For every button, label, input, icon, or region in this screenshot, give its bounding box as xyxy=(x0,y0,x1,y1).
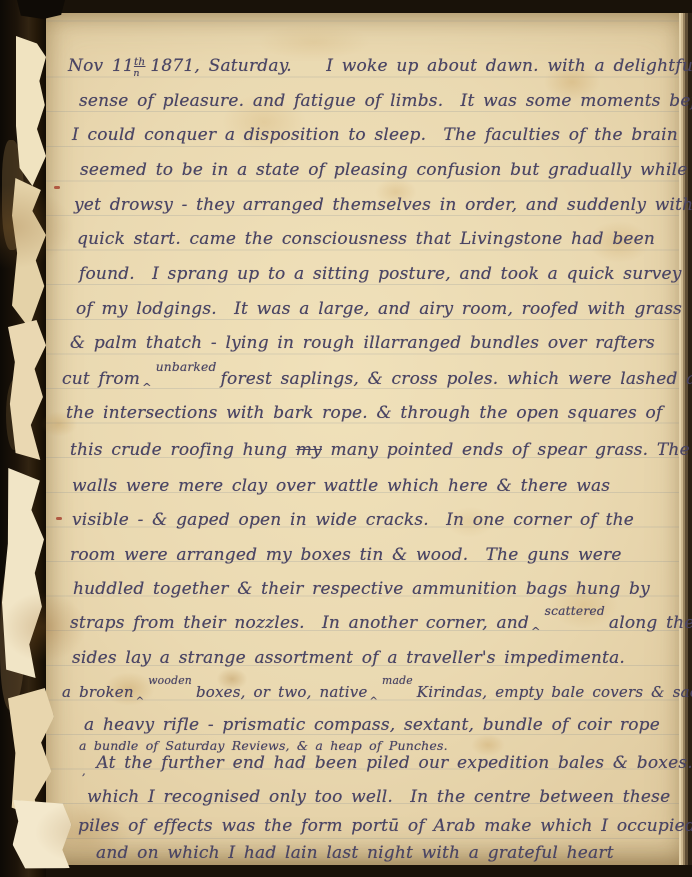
manuscript-line: cut from^unbarkedforest saplings, & cros… xyxy=(62,368,692,392)
manuscript-segment: piles of effects was the form portū of A… xyxy=(78,816,692,836)
manuscript-line: quick start. came the consciousness that… xyxy=(77,228,655,250)
manuscript-segment: 1871, Saturday. I woke up about dawn. wi… xyxy=(142,56,692,76)
manuscript-segment-ins: unbarked xyxy=(156,356,217,378)
manuscript-segment-caret: , xyxy=(82,761,86,783)
manuscript: Nov 11thn 1871, Saturday. I woke up abou… xyxy=(0,0,692,877)
manuscript-line: the intersections with bark rope. & thro… xyxy=(66,402,662,424)
manuscript-segment: Nov 11 xyxy=(68,56,134,76)
manuscript-segment: visible - & gaped open in wide cracks. I… xyxy=(72,510,634,530)
manuscript-line: huddled together & their respective ammu… xyxy=(73,578,650,600)
manuscript-segment: room were arranged my boxes tin & wood. … xyxy=(70,545,622,565)
manuscript-line: sense of pleasure. and fatigue of limbs.… xyxy=(79,90,692,112)
manuscript-segment-caret: ^ xyxy=(531,621,541,643)
manuscript-segment: of my lodgings. It was a large, and airy… xyxy=(76,299,682,319)
manuscript-segment: I could conquer a disposition to sleep. … xyxy=(72,125,678,145)
manuscript-line: which I recognised only too well. In the… xyxy=(87,786,670,808)
manuscript-segment-caret: ^ xyxy=(370,691,378,713)
manuscript-line: found. I sprang up to a sitting posture,… xyxy=(79,263,682,285)
manuscript-segment: this crude roofing hung xyxy=(70,440,296,460)
manuscript-segment: many pointed ends of spear grass. The xyxy=(322,440,690,460)
manuscript-line: sides lay a strange assortment of a trav… xyxy=(72,647,625,669)
manuscript-segment: a broken xyxy=(62,683,134,701)
manuscript-line: this crude roofing hung my many pointed … xyxy=(70,439,690,461)
manuscript-line: a heavy rifle - prismatic compass, sexta… xyxy=(84,714,660,736)
manuscript-segment-ins: made xyxy=(382,670,413,692)
manuscript-segment: yet drowsy - they arranged themselves in… xyxy=(74,195,692,215)
manuscript-segment: which I recognised only too well. In the… xyxy=(87,787,670,807)
manuscript-line: yet drowsy - they arranged themselves in… xyxy=(74,194,692,216)
manuscript-line: piles of effects was the form portū of A… xyxy=(78,815,692,837)
manuscript-line: of my lodgings. It was a large, and airy… xyxy=(76,298,682,320)
manuscript-line: & palm thatch - lying in rough illarrang… xyxy=(70,332,655,354)
manuscript-line: room were arranged my boxes tin & wood. … xyxy=(70,544,622,566)
manuscript-segment: the intersections with bark rope. & thro… xyxy=(66,403,662,423)
manuscript-line: seemed to be in a state of pleasing conf… xyxy=(80,159,687,181)
diary-photo: Nov 11thn 1871, Saturday. I woke up abou… xyxy=(0,0,692,877)
manuscript-line: , At the further end had been piled our … xyxy=(80,752,692,776)
manuscript-segment-caret: ^ xyxy=(136,691,144,713)
manuscript-segment: and on which I had lain last night with … xyxy=(96,843,614,863)
manuscript-line: I could conquer a disposition to sleep. … xyxy=(72,124,678,146)
manuscript-segment-ins: wooden xyxy=(148,670,192,692)
manuscript-segment-caret: ^ xyxy=(142,377,152,399)
manuscript-segment: At the further end had been piled our ex… xyxy=(88,753,692,773)
manuscript-segment: forest saplings, & cross poles. which we… xyxy=(221,369,692,389)
manuscript-segment: Kirindas, empty bale covers & sacking xyxy=(417,683,692,701)
manuscript-segment: a heavy rifle - prismatic compass, sexta… xyxy=(84,715,660,735)
manuscript-line: walls were mere clay over wattle which h… xyxy=(72,475,610,497)
manuscript-line: Nov 11thn 1871, Saturday. I woke up abou… xyxy=(68,55,692,80)
manuscript-segment-strike: my xyxy=(296,440,322,460)
manuscript-segment: boxes, or two, native xyxy=(196,683,368,701)
manuscript-line: and on which I had lain last night with … xyxy=(96,842,614,864)
manuscript-segment: walls were mere clay over wattle which h… xyxy=(72,476,610,496)
manuscript-segment: sense of pleasure. and fatigue of limbs.… xyxy=(79,91,692,111)
manuscript-segment: found. I sprang up to a sitting posture,… xyxy=(79,264,682,284)
manuscript-segment-ins: scattered xyxy=(545,600,605,622)
manuscript-segment: a bundle of Saturday Reviews, & a heap o… xyxy=(79,738,448,753)
manuscript-segment: quick start. came the consciousness that… xyxy=(77,229,655,249)
manuscript-line: a broken^woodenboxes, or two, native^mad… xyxy=(62,681,692,706)
manuscript-segment: huddled together & their respective ammu… xyxy=(73,579,650,599)
manuscript-line: straps from their nozzles. In another co… xyxy=(70,612,692,636)
manuscript-segment: seemed to be in a state of pleasing conf… xyxy=(80,160,687,180)
manuscript-segment: along the xyxy=(609,613,692,633)
manuscript-line: visible - & gaped open in wide cracks. I… xyxy=(72,509,634,531)
manuscript-segment: & palm thatch - lying in rough illarrang… xyxy=(70,333,655,353)
manuscript-segment: straps from their nozzles. In another co… xyxy=(70,613,529,633)
manuscript-segment: sides lay a strange assortment of a trav… xyxy=(72,648,625,668)
manuscript-segment: cut from xyxy=(62,369,140,389)
manuscript-segment-sub: n xyxy=(133,63,139,85)
